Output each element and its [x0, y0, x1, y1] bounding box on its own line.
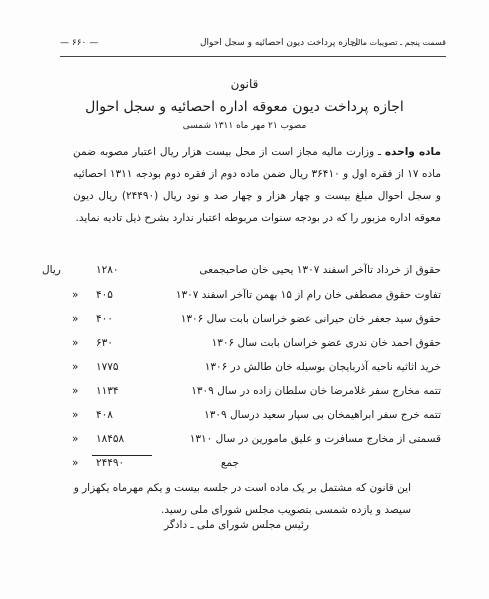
table-row: تتمه مخارج سفر غلامرضا خان سلطان زاده در… — [0, 385, 489, 405]
article-paragraph: ماده واحده ـ وزارت مالیه مجاز است از محل… — [73, 141, 441, 229]
sum-rule — [92, 455, 152, 456]
table-row: حقوق سید جعفر خان حیرانی عضو خراسان بابت… — [0, 313, 489, 333]
approval-date: مصوب ۲۱ مهر ماه ۱۳۱۱ شمسی — [0, 121, 489, 131]
table-row: حقوق احمد خان ندری عضو خراسان بابت سال ۱… — [0, 337, 489, 357]
law-title: اجازه پرداخت دیون معوقه اداره احصائیه و … — [0, 99, 489, 115]
table-row: حقوق از خرداد تاآخر اسفند ۱۳۰۷ یحیی خان … — [0, 264, 489, 284]
article-label: ماده واحده — [385, 146, 441, 158]
document-page: — ۶۶۰ — اجازه پرداخت دیون احصائیه و سجل … — [0, 0, 489, 599]
total-amount: ۲۴۴۹۰ — [96, 457, 152, 469]
running-title: اجازه پرداخت دیون احصائیه و سجل احوال — [200, 38, 358, 48]
table-row: قسمتی از مخارج مسافرت و علیق مامورین در … — [0, 433, 489, 453]
page-number: — ۶۶۰ — — [60, 38, 98, 48]
total-row: جمع ۲۴۴۹۰ « — [0, 457, 489, 477]
total-label: جمع — [221, 457, 239, 469]
header-rule — [60, 56, 446, 57]
signature: رئیس مجلس شورای ملی ـ دادگر — [164, 519, 309, 531]
law-kind: قانون — [0, 77, 489, 91]
closing-paragraph: این قانون که مشتمل بر یک ماده است در جلس… — [71, 477, 411, 521]
table-row: تتمه خرج سفر ابراهیمخان بی سپار سعید درس… — [0, 409, 489, 429]
table-row: خرید اثاثیه ناحیه آذربایجان بوسیله خان ط… — [0, 361, 489, 381]
running-header: — ۶۶۰ — اجازه پرداخت دیون احصائیه و سجل … — [60, 38, 446, 52]
section-label: قسمت پنجم ـ تصویبات مالی — [351, 38, 446, 47]
table-row: تفاوت حقوق مصطفی خان رام از ۱۵ بهمن تاآخ… — [0, 289, 489, 309]
